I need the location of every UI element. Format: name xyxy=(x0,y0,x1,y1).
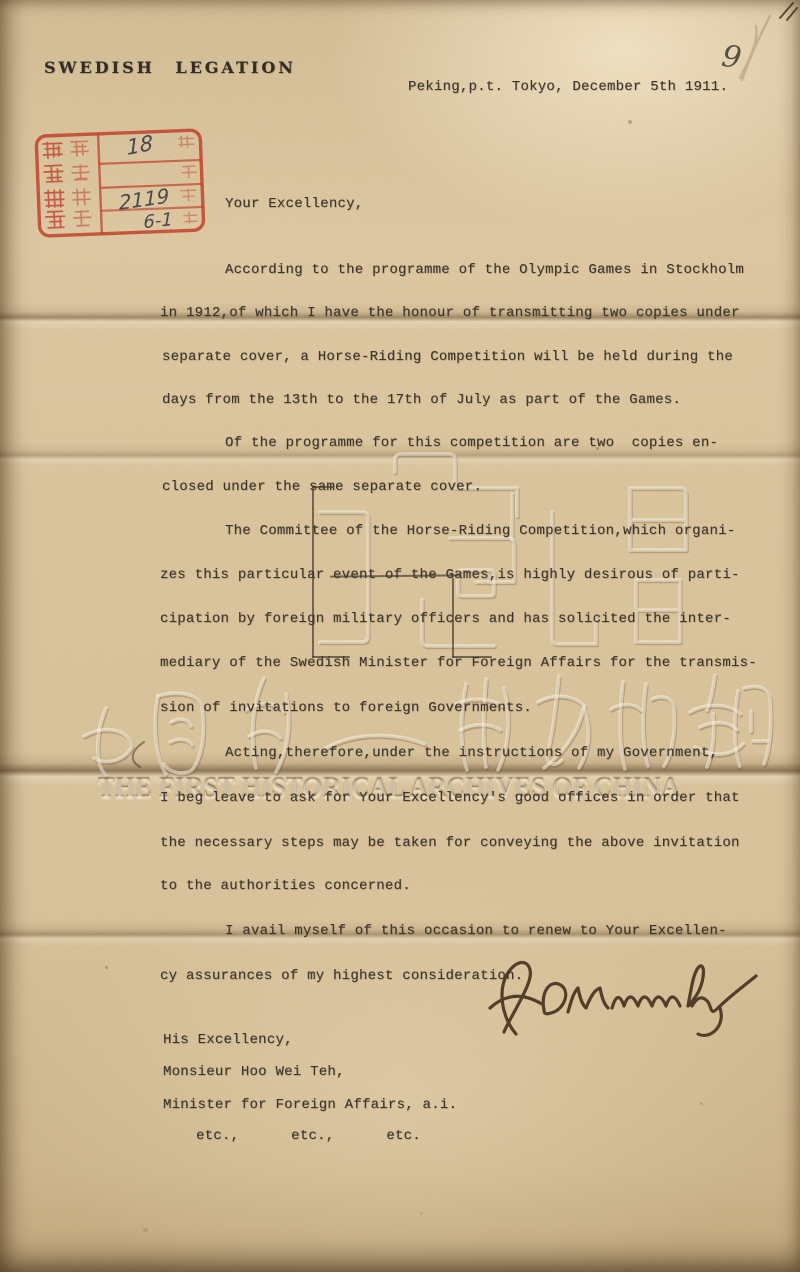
pencil-vertical-mark-2 xyxy=(452,578,454,658)
body-line: cipation by foreign military officers an… xyxy=(160,611,731,627)
stamp-number-top: 18 xyxy=(126,131,154,160)
pencil-tick xyxy=(126,740,150,770)
pencil-scribble xyxy=(700,12,780,82)
stamp-number-bottom: 6-1 xyxy=(144,209,173,233)
body-line: the necessary steps may be taken for con… xyxy=(160,835,740,851)
letter-scan-page: THE FIRST HISTORICAL ARCHIVES OF CHINA S… xyxy=(0,0,800,1272)
pencil-hook-bottom-2 xyxy=(452,656,492,658)
address-line: etc., etc., etc. xyxy=(196,1128,421,1144)
body-line: sion of invitations to foreign Governmen… xyxy=(160,700,532,716)
paper-speck xyxy=(700,1102,703,1105)
body-line: in 1912,of which I have the honour of tr… xyxy=(160,305,740,321)
address-line: Minister for Foreign Affairs, a.i. xyxy=(163,1097,457,1113)
paper-speck xyxy=(596,447,599,450)
paper-speck xyxy=(420,1212,423,1215)
pencil-vertical-mark-1 xyxy=(312,486,314,658)
paper-speck xyxy=(143,1228,148,1232)
paper-speck xyxy=(105,966,108,969)
registry-stamp: 18 2119 6-1 xyxy=(34,127,210,242)
body-line: days from the 13th to the 17th of July a… xyxy=(162,392,681,408)
address-line: Monsieur Hoo Wei Teh, xyxy=(163,1064,345,1080)
corner-mark xyxy=(778,2,798,22)
signature xyxy=(482,946,762,1044)
pencil-hook-bottom-1 xyxy=(312,656,350,658)
body-line: I avail myself of this occasion to renew… xyxy=(225,923,727,939)
body-line: I beg leave to ask for Your Excellency's… xyxy=(160,790,740,806)
body-line: cy assurances of my highest consideratio… xyxy=(160,968,523,984)
letterhead: SWEDISH LEGATION xyxy=(44,58,296,77)
body-line: to the authorities concerned. xyxy=(160,878,411,894)
body-line: Of the programme for this competition ar… xyxy=(225,435,718,451)
body-line: According to the programme of the Olympi… xyxy=(225,262,744,278)
paper-speck xyxy=(628,120,632,124)
body-line: Acting,therefore,under the instructions … xyxy=(225,745,718,761)
dateline: Peking,p.t. Tokyo, December 5th 1911. xyxy=(408,79,728,95)
address-line: His Excellency, xyxy=(163,1032,293,1048)
body-line: separate cover, a Horse-Riding Competiti… xyxy=(162,349,733,365)
salutation: Your Excellency, xyxy=(225,196,363,212)
body-line: The Committee of the Horse-Riding Compet… xyxy=(225,523,735,539)
pencil-hook-top xyxy=(312,486,334,488)
